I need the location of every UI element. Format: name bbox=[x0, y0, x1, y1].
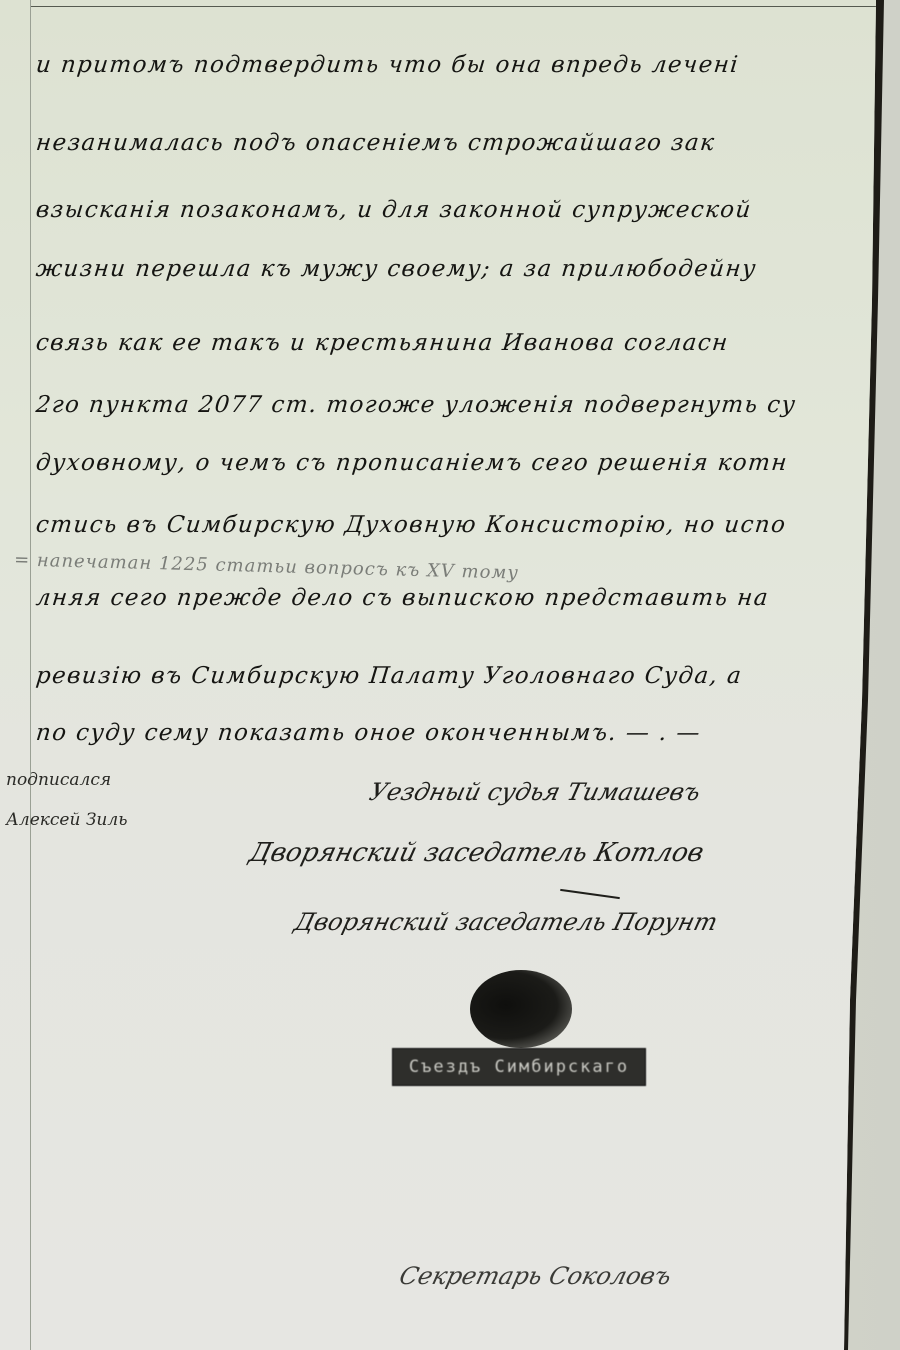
top-ruled-line bbox=[30, 6, 876, 7]
signature-judge: Уездный судья Тимашевъ bbox=[367, 778, 704, 806]
body-line-9: лняя сего прежде дело съ выпискою предст… bbox=[35, 585, 771, 611]
body-line-6: 2го пункта 2077 ст. тогоже уложенія подв… bbox=[35, 392, 798, 418]
body-line-8: стись въ Симбирскую Духовную Консисторію… bbox=[35, 512, 788, 538]
margin-note-line-1: подписался bbox=[6, 770, 111, 790]
pencil-annotation: = напечатан 1225 статьи вопросъ къ XV то… bbox=[14, 549, 519, 583]
body-line-4: жизни перешла къ мужу своему; а за прилю… bbox=[35, 256, 759, 282]
body-line-5: связь как ее такъ и крестьянина Иванова … bbox=[35, 330, 730, 356]
margin-ruled-line bbox=[30, 0, 31, 1350]
body-line-10: ревизію въ Симбирскую Палату Уголовнаго … bbox=[35, 663, 744, 689]
body-line-11: по суду сему показать оное оконченнымъ. … bbox=[35, 720, 703, 746]
body-line-7: духовному, о чемъ съ прописаніемъ сего р… bbox=[35, 450, 790, 476]
body-line-2: незанималась подъ опасеніемъ строжайшаго… bbox=[35, 130, 717, 156]
wax-seal bbox=[470, 970, 572, 1048]
body-line-1: и притомъ подтвердить что бы она впредь … bbox=[35, 52, 741, 78]
signature-flourish bbox=[560, 889, 620, 899]
document-page: и притомъ подтвердить что бы она впредь … bbox=[0, 0, 900, 1350]
body-line-3: взысканія позаконамъ, и для законной суп… bbox=[35, 197, 753, 223]
seal-stamp-strip: Съездъ Симбирскаго bbox=[392, 1048, 646, 1086]
margin-note-line-2: Алексей Зиль bbox=[6, 810, 127, 830]
signature-secretary: Секретарь Соколовъ bbox=[397, 1262, 675, 1290]
signature-assessor-1: Дворянский заседатель Котлов bbox=[246, 838, 707, 868]
signature-assessor-2: Дворянский заседатель Порунт bbox=[292, 908, 721, 936]
